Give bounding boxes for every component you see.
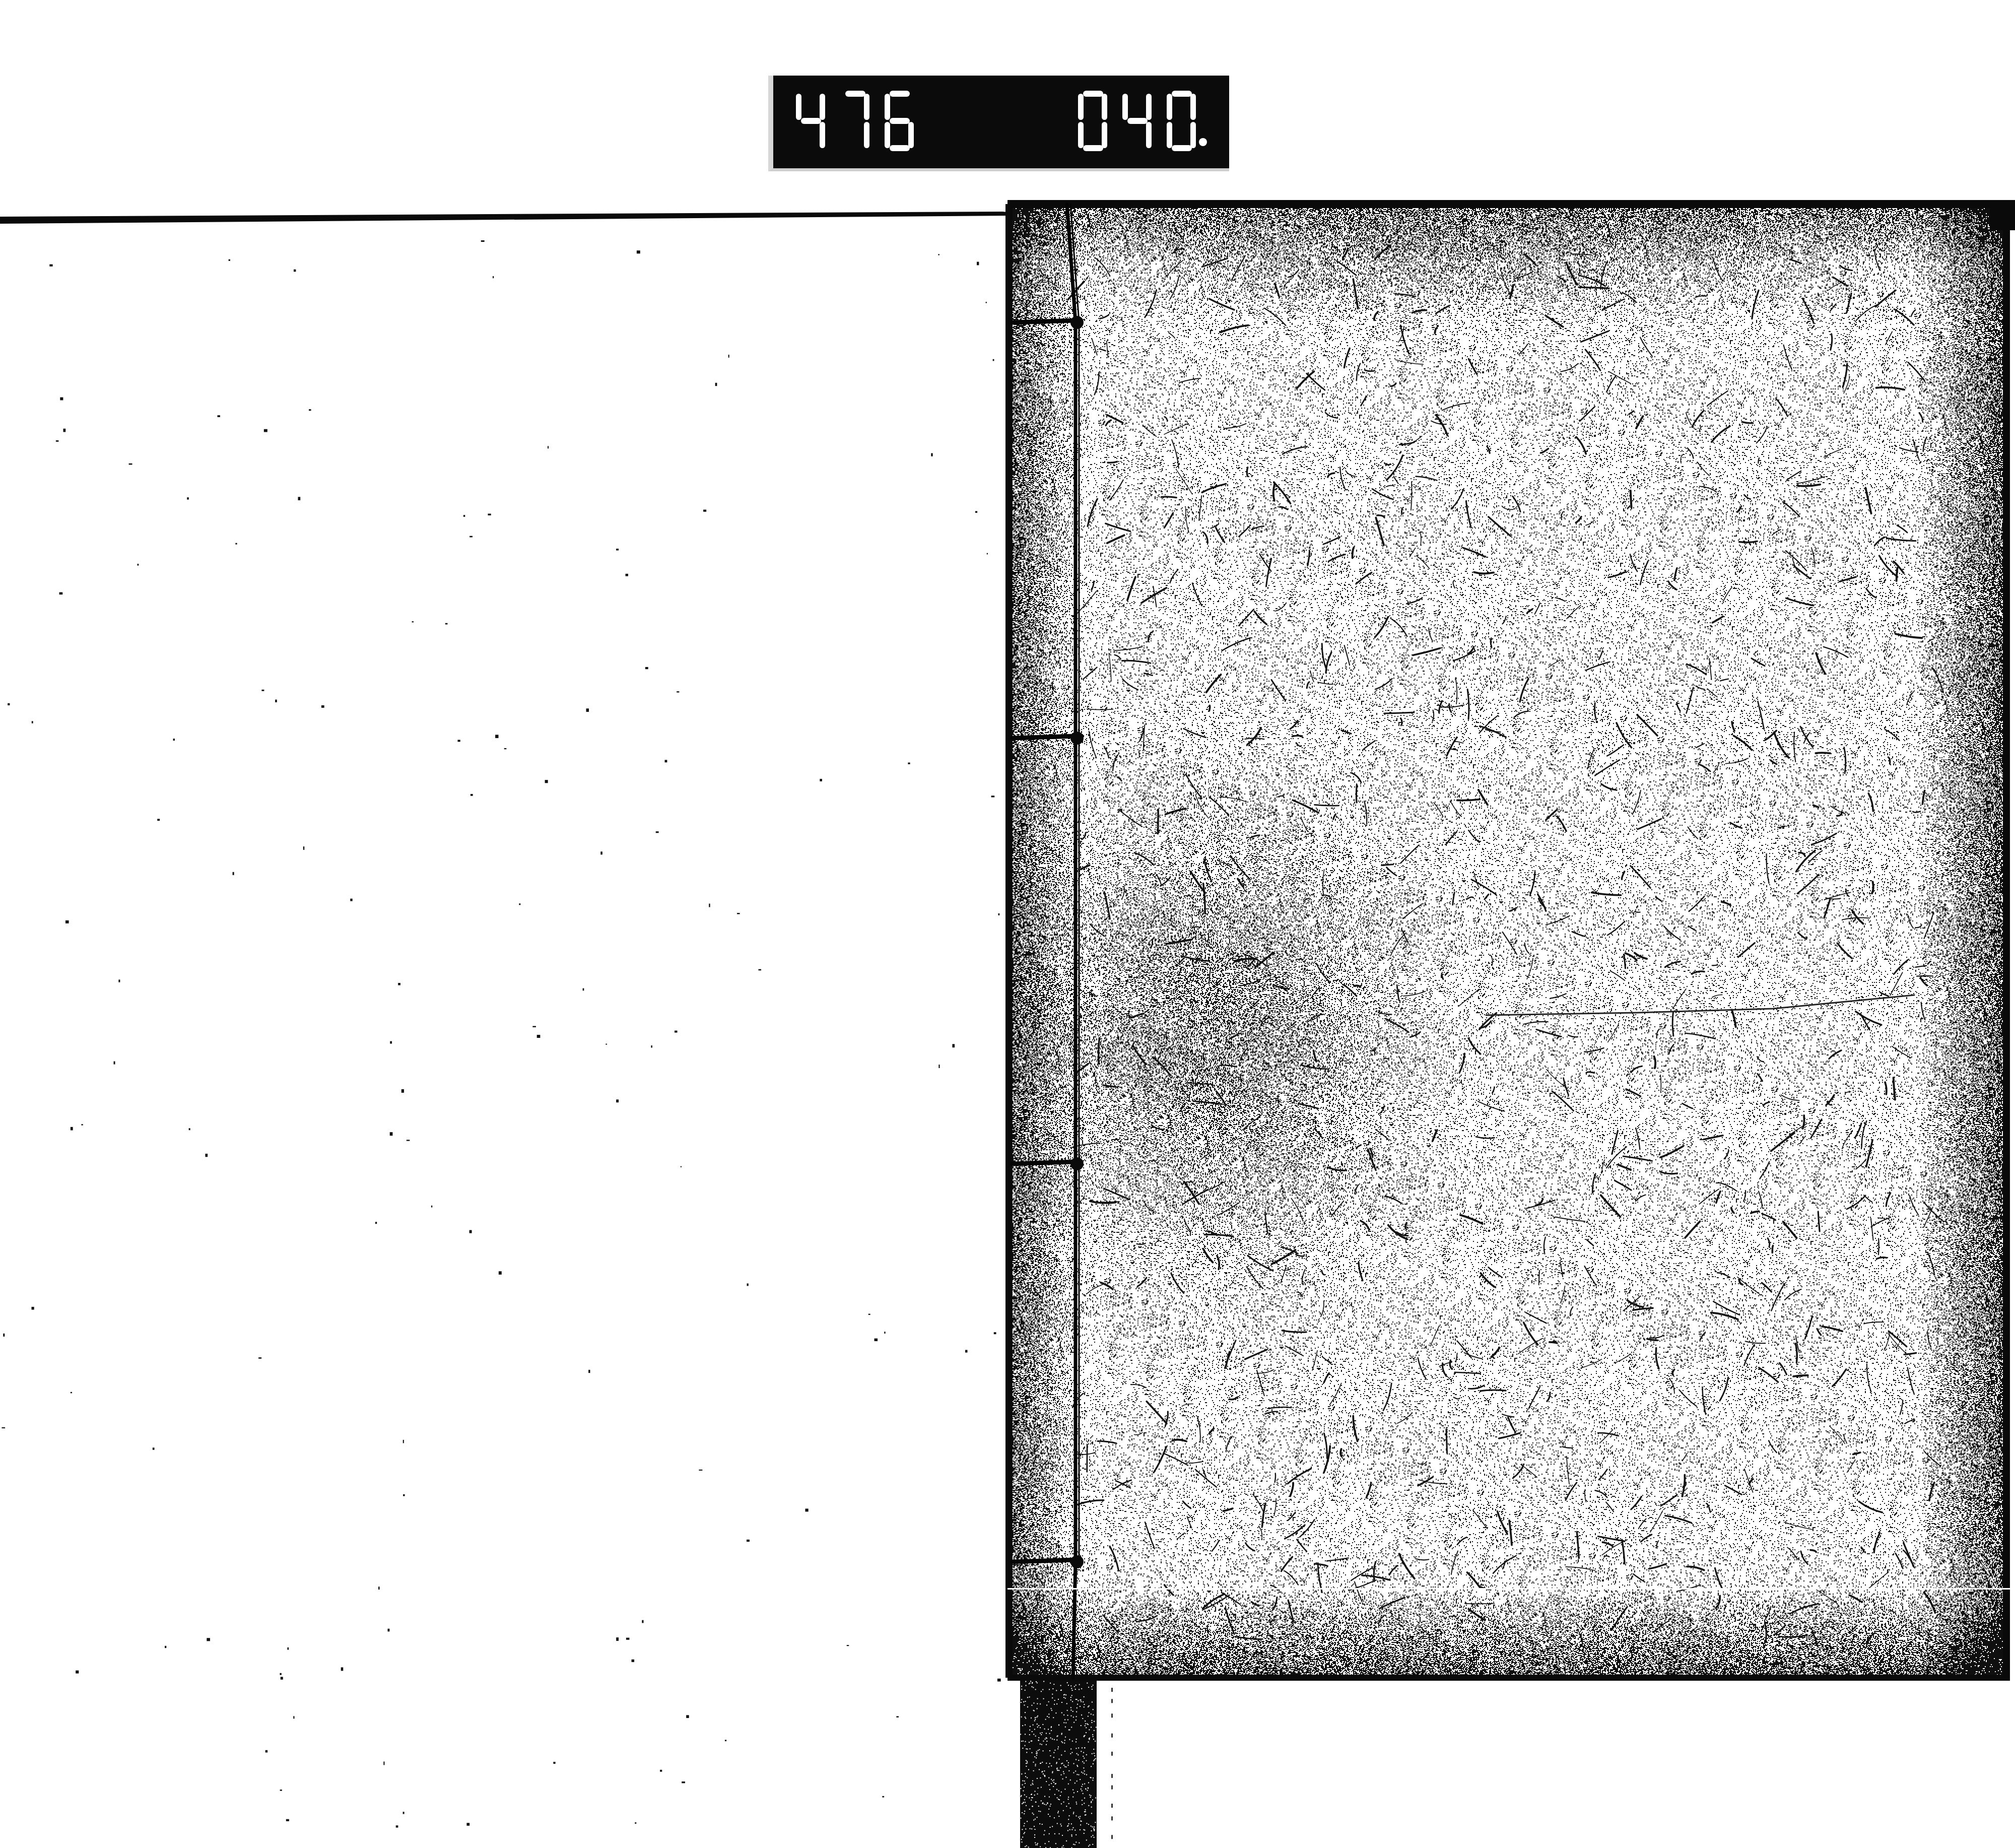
microfilm-frame-label: 476 040. [768, 76, 1229, 171]
seven-segment-digit [796, 91, 825, 151]
seven-segment-digit [1167, 91, 1196, 151]
seven-segment-digit [885, 91, 914, 151]
reel-number [796, 91, 914, 151]
book-cover-scan [0, 0, 2015, 1848]
seven-segment-digit [840, 91, 869, 151]
horizontal-rule [0, 212, 1013, 224]
seven-segment-digit [1122, 91, 1152, 151]
frame-number [1078, 91, 1196, 151]
seven-segment-digit [1078, 91, 1107, 151]
